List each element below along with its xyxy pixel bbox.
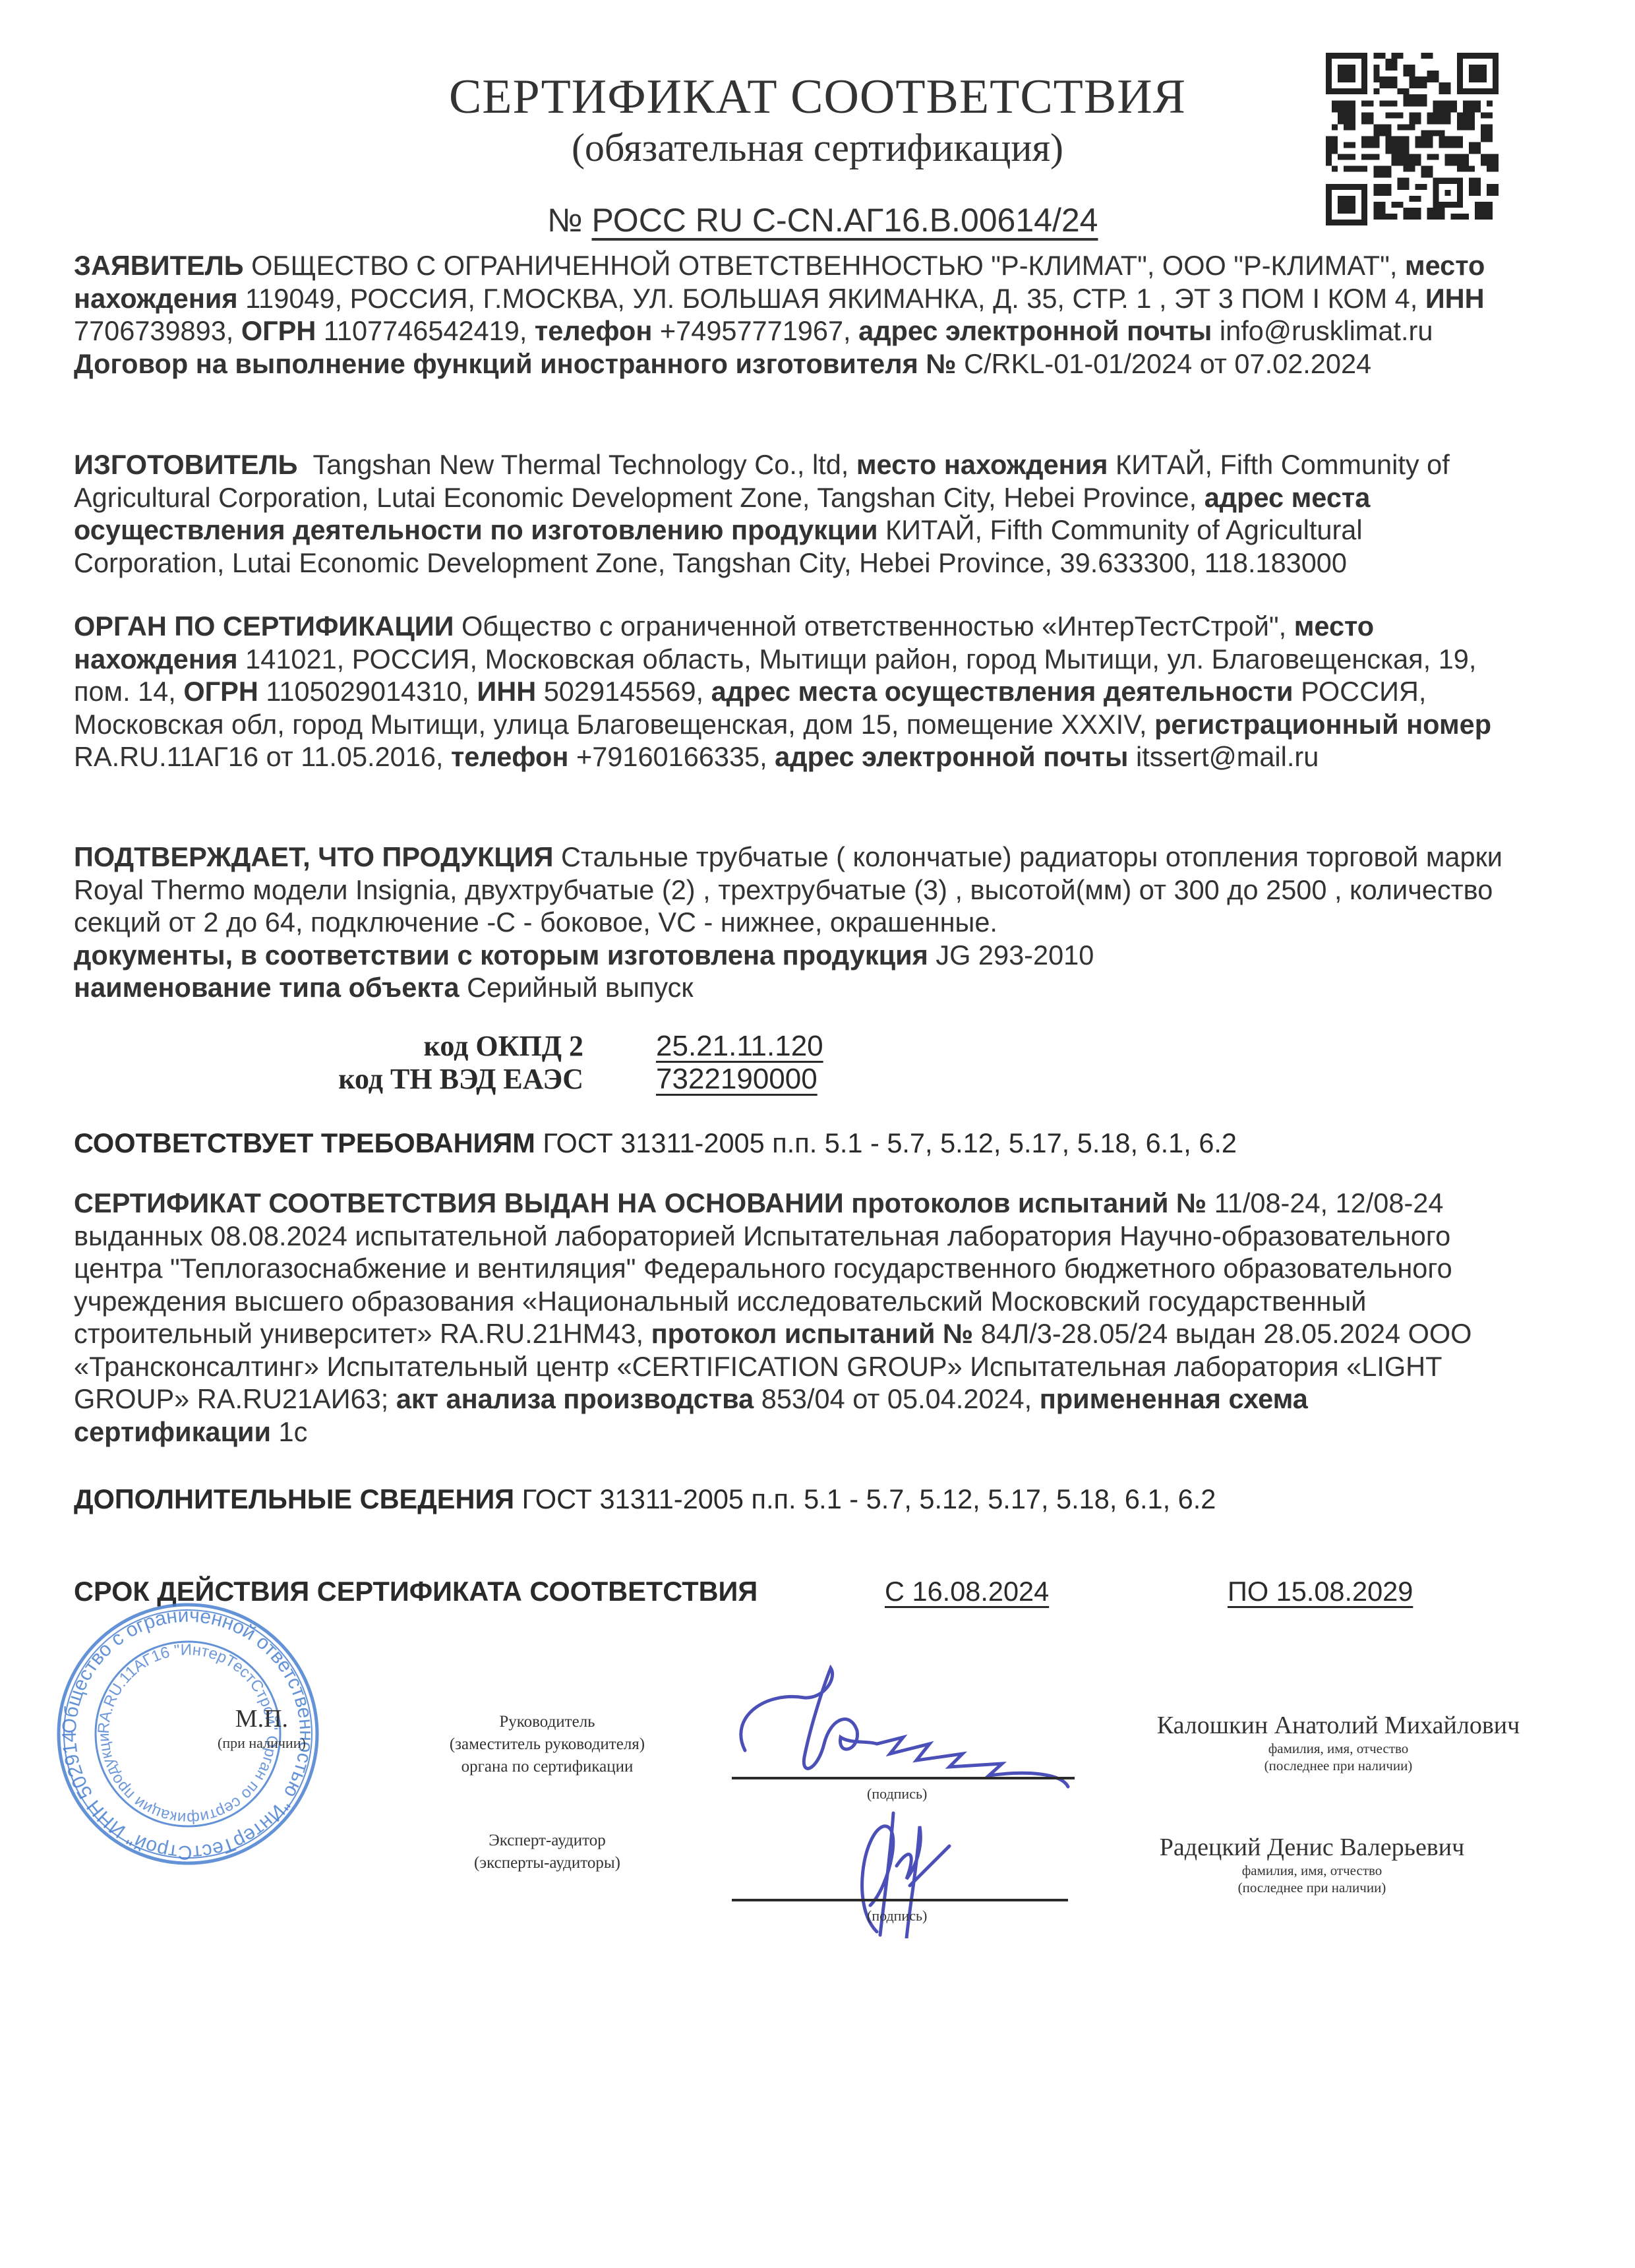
head-role-line: Руководитель (448, 1711, 646, 1733)
tnved-row: код ТН ВЭД ЕАЭС 7322190000 (0, 1063, 1635, 1096)
cert-body-label: ОРГАН ПО СЕРТИФИКАЦИИ (74, 611, 454, 642)
name-caption: фамилия, имя, отчество (1108, 1862, 1516, 1879)
cert-body-inn: 5029145569, (544, 676, 703, 707)
additional-label: ДОПОЛНИТЕЛЬНЫЕ СВЕДЕНИЯ (74, 1483, 514, 1514)
name-caption: (последнее при наличии) (1108, 1757, 1569, 1774)
okpd-row: код ОКПД 2 25.21.11.120 (0, 1030, 1635, 1063)
applicant-ogrn-label: ОГРН (241, 315, 316, 346)
product-codes: код ОКПД 2 25.21.11.120 код ТН ВЭД ЕАЭС … (0, 1030, 1635, 1096)
product-label: ПОДТВЕРЖДАЕТ, ЧТО ПРОДУКЦИЯ (74, 841, 553, 872)
product-docs-label: документы, в соответствии с которым изго… (74, 940, 928, 970)
act-value: 853/04 от 05.04.2024, (761, 1383, 1032, 1414)
head-signature-line (732, 1777, 1075, 1779)
additional-value: ГОСТ 31311-2005 п.п. 5.1 - 5.7, 5.12, 5.… (522, 1483, 1216, 1514)
head-name: Калошкин Анатолий Михайлович (1108, 1711, 1569, 1740)
applicant-inn-label: ИНН (1425, 283, 1485, 314)
auditor-role-line: (эксперты-аудиторы) (461, 1852, 633, 1874)
applicant-location: 119049, РОССИЯ, Г.МОСКВА, УЛ. БОЛЬШАЯ ЯК… (245, 283, 1417, 314)
conforms-value: ГОСТ 31311-2005 п.п. 5.1 - 5.7, 5.12, 5.… (543, 1127, 1237, 1158)
tnved-label: код ТН ВЭД ЕАЭС (0, 1063, 583, 1096)
applicant-inn: 7706739893, (74, 315, 233, 346)
manufacturer-location-label: место нахождения (856, 449, 1108, 480)
manufacturer-label: ИЗГОТОВИТЕЛЬ (74, 449, 297, 480)
cert-body-name: Общество с ограниченной ответственностью… (461, 611, 1286, 642)
mp-label: М.П. (235, 1705, 288, 1733)
auditor-signature-line (732, 1899, 1068, 1901)
applicant-email: info@rusklimat.ru (1220, 315, 1433, 346)
applicant-phone-label: телефон (535, 315, 652, 346)
validity-from: С 16.08.2024 (885, 1576, 1049, 1607)
auditor-name: Радецкий Денис Валерьевич (1108, 1833, 1516, 1862)
applicant-section: ЗАЯВИТЕЛЬ ОБЩЕСТВО С ОГРАНИЧЕННОЙ ОТВЕТС… (74, 249, 1504, 380)
cert-body-ogrn-label: ОГРН (183, 676, 258, 707)
auditor-signature-caption: (подпись) (867, 1907, 927, 1925)
cert-body-reg-label: регистрационный номер (1154, 709, 1491, 740)
certificate-number-value: РОСС RU C-CN.АГ16.В.00614/24 (592, 202, 1098, 239)
auditor-role: Эксперт-аудитор (эксперты-аудиторы) (461, 1830, 633, 1874)
cert-body-ogrn: 1105029014310, (266, 676, 469, 707)
protocol2-label: протокол испытаний № (651, 1318, 974, 1349)
head-role-line: (заместитель руководителя) (448, 1733, 646, 1756)
qr-code-icon (1324, 53, 1501, 225)
head-signature-caption: (подпись) (867, 1785, 927, 1803)
basis-label: СЕРТИФИКАТ СООТВЕТСТВИЯ ВЫДАН НА ОСНОВАН… (74, 1187, 844, 1218)
cert-body-phone: +79160166335, (576, 741, 767, 772)
okpd-value: 25.21.11.120 (656, 1030, 823, 1063)
tnved-value: 7322190000 (656, 1063, 817, 1096)
manufacturer-name: Tangshan New Thermal Technology Co., ltd… (313, 449, 849, 480)
name-caption: фамилия, имя, отчество (1108, 1740, 1569, 1757)
okpd-label: код ОКПД 2 (0, 1030, 583, 1063)
mp-mark: М.П. (при наличии) (218, 1704, 306, 1752)
protocols-label: протоколов испытаний № (851, 1187, 1206, 1218)
scheme-value: 1с (279, 1416, 308, 1447)
act-label: акт анализа производства (396, 1383, 754, 1414)
auditor-role-line: Эксперт-аудитор (461, 1830, 633, 1852)
validity-to: ПО 15.08.2029 (1228, 1576, 1413, 1607)
additional-section: ДОПОЛНИТЕЛЬНЫЕ СВЕДЕНИЯ ГОСТ 31311-2005 … (74, 1483, 1216, 1515)
name-caption: (последнее при наличии) (1108, 1879, 1516, 1896)
head-signature-icon (725, 1665, 1075, 1790)
applicant-ogrn: 1107746542419, (324, 315, 527, 346)
cert-body-email: itssert@mail.ru (1136, 741, 1319, 772)
applicant-label: ЗАЯВИТЕЛЬ (74, 250, 244, 281)
conforms-section: СООТВЕТСТВУЕТ ТРЕБОВАНИЯМ ГОСТ 31311-200… (74, 1127, 1237, 1159)
head-name-block: Калошкин Анатолий Михайлович фамилия, им… (1108, 1711, 1569, 1774)
applicant-email-label: адрес электронной почты (858, 315, 1212, 346)
head-role: Руководитель (заместитель руководителя) … (448, 1711, 646, 1778)
cert-body-phone-label: телефон (451, 741, 568, 772)
product-docs: JG 293-2010 (936, 940, 1094, 970)
contract-value: C/RKL-01-01/2024 от 07.02.2024 (964, 348, 1371, 379)
head-role-line: органа по сертификации (448, 1756, 646, 1778)
manufacturer-section: ИЗГОТОВИТЕЛЬ Tangshan New Thermal Techno… (74, 448, 1504, 579)
cert-body-inn-label: ИНН (477, 676, 536, 707)
auditor-name-block: Радецкий Денис Валерьевич фамилия, имя, … (1108, 1833, 1516, 1896)
mp-note: (при наличии) (218, 1735, 306, 1752)
product-type: Серийный выпуск (467, 972, 694, 1003)
cert-body-email-label: адрес электронной почты (775, 741, 1128, 772)
product-type-label: наименование типа объекта (74, 972, 460, 1003)
certification-body-section: ОРГАН ПО СЕРТИФИКАЦИИ Общество с огранич… (74, 610, 1504, 773)
basis-section: СЕРТИФИКАТ СООТВЕТСТВИЯ ВЫДАН НА ОСНОВАН… (74, 1187, 1504, 1448)
product-section: ПОДТВЕРЖДАЕТ, ЧТО ПРОДУКЦИЯ Стальные тру… (74, 841, 1504, 1004)
applicant-phone: +74957771967, (660, 315, 851, 346)
certificate-number: № РОСС RU C-CN.АГ16.В.00614/24 (547, 201, 1098, 239)
applicant-name: ОБЩЕСТВО С ОГРАНИЧЕННОЙ ОТВЕТСТВЕННОСТЬЮ… (251, 250, 1397, 281)
cert-body-activity-label: адрес места осуществления деятельности (711, 676, 1293, 707)
cert-body-reg: RA.RU.11АГ16 от 11.05.2016, (74, 741, 443, 772)
number-sign: № (547, 202, 583, 239)
conforms-label: СООТВЕТСТВУЕТ ТРЕБОВАНИЯМ (74, 1127, 535, 1158)
contract-label: Договор на выполнение функций иностранно… (74, 348, 957, 379)
